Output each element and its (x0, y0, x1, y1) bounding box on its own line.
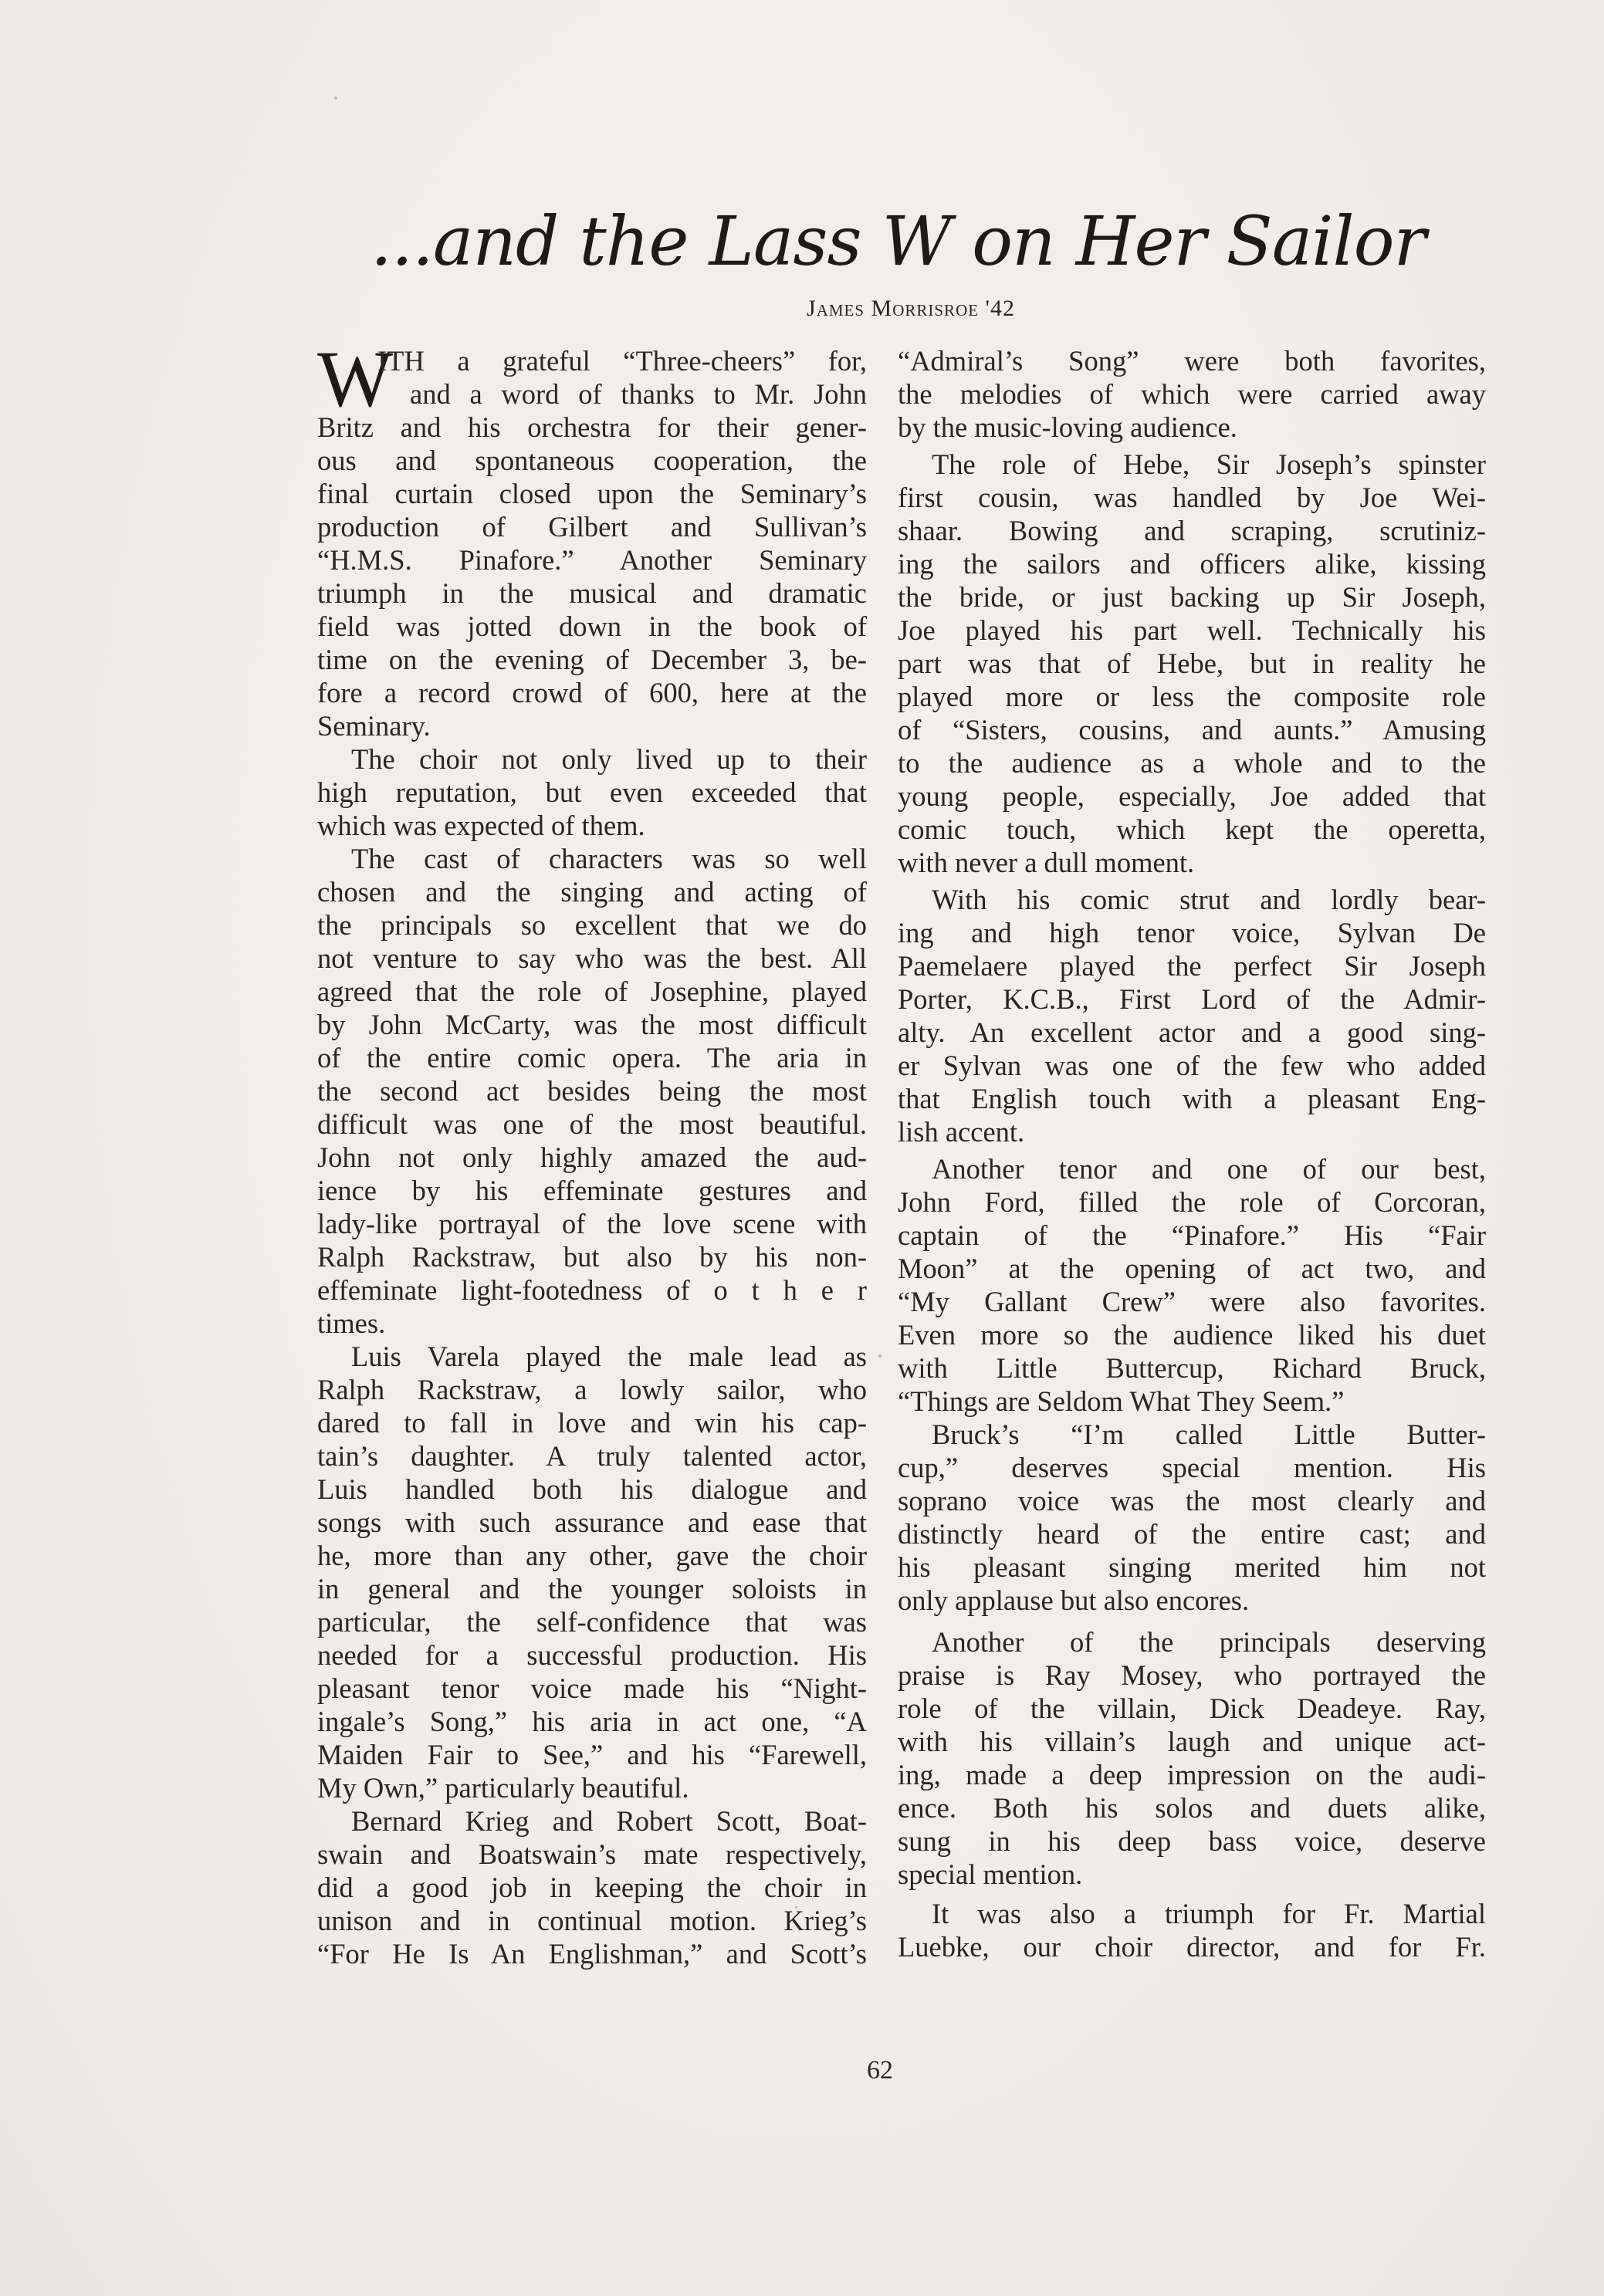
text-line: dared to fall in love and win his cap- (317, 1406, 867, 1439)
text-line: Luis handled both his dialogue and (317, 1473, 867, 1506)
text-line: ingale’s Song,” his aria in act one, “A (317, 1705, 867, 1738)
text-line: It was also a triumph for Fr. Martial (898, 1897, 1486, 1930)
text-line: ITH a grateful “Three-cheers” for, (317, 344, 867, 377)
text-line: lady-like portrayal of the love scene wi… (317, 1207, 867, 1240)
text-line: special mention. (898, 1858, 1486, 1891)
text-line: Porter, K.C.B., First Lord of the Admir- (898, 982, 1486, 1016)
text-line: ing, made a deep impression on the audi- (898, 1758, 1486, 1791)
text-line: The cast of characters was so well (317, 842, 867, 875)
paper-speck (878, 1354, 882, 1358)
text-line: er Sylvan was one of the few who added (898, 1049, 1486, 1082)
text-line: unison and in continual motion. Krieg’s (317, 1904, 867, 1937)
text-line: ous and spontaneous cooperation, the (317, 444, 867, 477)
paper-speck (334, 96, 337, 100)
text-line: with his villain’s laugh and unique act- (898, 1725, 1486, 1758)
text-line: triumph in the musical and dramatic (317, 577, 867, 610)
text-line: Luis Varela played the male lead as (317, 1340, 867, 1373)
text-line: praise is Ray Mosey, who portrayed the (898, 1659, 1486, 1692)
text-line: captain of the “Pinafore.” His “Fair (898, 1219, 1486, 1252)
text-line: which was expected of them. (317, 809, 867, 842)
text-line: “For He Is An Englishman,” and Scott’s (317, 1937, 867, 1970)
text-line: particular, the self-confidence that was (317, 1605, 867, 1638)
text-line: comic touch, which kept the operetta, (898, 813, 1486, 846)
text-line: of the entire comic opera. The aria in (317, 1041, 867, 1074)
text-line: Seminary. (317, 709, 867, 742)
text-line: “My Gallant Crew” were also favorites. (898, 1285, 1486, 1318)
text-line: only applause but also encores. (898, 1584, 1486, 1617)
text-line: played more or less the composite role (898, 680, 1486, 713)
scanned-page: ...and the Lass W on Her Sailor James Mo… (0, 0, 1604, 2296)
text-line: sung in his deep bass voice, deserve (898, 1824, 1486, 1858)
text-line: the bride, or just backing up Sir Joseph… (898, 580, 1486, 614)
text-line: The choir not only lived up to their (317, 742, 867, 776)
text-line: in general and the younger soloists in (317, 1572, 867, 1605)
text-line: alty. An excellent actor and a good sing… (898, 1016, 1486, 1049)
text-line: “Admiral’s Song” were both favorites, (898, 344, 1486, 377)
text-line: Even more so the audience liked his duet (898, 1318, 1486, 1351)
text-line: not venture to say who was the best. All (317, 942, 867, 975)
text-line: fore a record crowd of 600, here at the (317, 676, 867, 709)
text-line: effeminate light-footedness of o t h e r (317, 1273, 867, 1307)
text-line: songs with such assurance and ease that (317, 1506, 867, 1539)
text-line: chosen and the singing and acting of (317, 875, 867, 908)
text-line: that English touch with a pleasant Eng- (898, 1082, 1486, 1115)
text-line: tain’s daughter. A truly talented actor, (317, 1439, 867, 1473)
text-line: production of Gilbert and Sullivan’s (317, 510, 867, 543)
left-column: W ITH a grateful “Three-cheers” for, and… (317, 0, 867, 2296)
text-line: needed for a successful production. His (317, 1638, 867, 1672)
text-line: shaar. Bowing and scraping, scrutiniz- (898, 514, 1486, 547)
text-line: Ralph Rackstraw, but also by his non- (317, 1240, 867, 1273)
text-line: young people, especially, Joe added that (898, 779, 1486, 813)
text-line: Another tenor and one of our best, (898, 1152, 1486, 1185)
paper-speck (795, 1906, 797, 1909)
text-line: Moon” at the opening of act two, and (898, 1252, 1486, 1285)
text-line: cup,” deserves special mention. His (898, 1451, 1486, 1484)
text-line: Maiden Fair to See,” and his “Farewell, (317, 1738, 867, 1771)
text-line: Bernard Krieg and Robert Scott, Boat- (317, 1804, 867, 1838)
text-line: times. (317, 1307, 867, 1340)
text-line: swain and Boatswain’s mate respectively, (317, 1838, 867, 1871)
text-line: field was jotted down in the book of (317, 610, 867, 643)
text-line: ence. Both his solos and duets alike, (898, 1791, 1486, 1824)
text-line: “H.M.S. Pinafore.” Another Seminary (317, 543, 867, 577)
text-line: John not only highly amazed the aud- (317, 1141, 867, 1174)
text-line: the melodies of which were carried away (898, 377, 1486, 411)
text-line: and a word of thanks to Mr. John (317, 377, 867, 411)
text-line: the second act besides being the most (317, 1074, 867, 1107)
text-line: he, more than any other, gave the choir (317, 1539, 867, 1572)
text-line: Paemelaere played the perfect Sir Joseph (898, 949, 1486, 982)
text-line: The role of Hebe, Sir Joseph’s spinster (898, 448, 1486, 481)
text-line: My Own,” particularly beautiful. (317, 1771, 867, 1804)
text-line: first cousin, was handled by Joe Wei- (898, 481, 1486, 514)
text-line: time on the evening of December 3, be- (317, 643, 867, 676)
text-line: part was that of Hebe, but in reality he (898, 647, 1486, 680)
text-line: “Things are Seldom What They Seem.” (898, 1385, 1486, 1418)
text-line: distinctly heard of the entire cast; and (898, 1517, 1486, 1550)
text-line: Joe played his part well. Technically hi… (898, 614, 1486, 647)
text-line: With his comic strut and lordly bear- (898, 883, 1486, 916)
text-line: Another of the principals deserving (898, 1625, 1486, 1659)
text-line: Britz and his orchestra for their gener- (317, 411, 867, 444)
text-line: role of the villain, Dick Deadeye. Ray, (898, 1692, 1486, 1725)
text-line: by John McCarty, was the most difficult (317, 1008, 867, 1041)
text-line: high reputation, but even exceeded that (317, 776, 867, 809)
text-line: final curtain closed upon the Seminary’s (317, 477, 867, 510)
page-number: 62 (841, 2055, 919, 2086)
text-line: with Little Buttercup, Richard Bruck, (898, 1351, 1486, 1385)
text-line: Ralph Rackstraw, a lowly sailor, who (317, 1373, 867, 1406)
text-line: by the music-loving audience. (898, 411, 1486, 444)
right-column: “Admiral’s Song” were both favorites, th… (898, 0, 1486, 2296)
text-line: John Ford, filled the role of Corcoran, (898, 1185, 1486, 1219)
text-line: ing and high tenor voice, Sylvan De (898, 916, 1486, 949)
text-line: of “Sisters, cousins, and aunts.” Amusin… (898, 713, 1486, 746)
text-line: ience by his effeminate gestures and (317, 1174, 867, 1207)
text-line: did a good job in keeping the choir in (317, 1871, 867, 1904)
text-line: soprano voice was the most clearly and (898, 1484, 1486, 1517)
text-line: to the audience as a whole and to the (898, 746, 1486, 779)
text-line: pleasant tenor voice made his “Night- (317, 1672, 867, 1705)
text-line: Luebke, our choir director, and for Fr. (898, 1930, 1486, 1963)
text-line: the principals so excellent that we do (317, 908, 867, 942)
text-line: lish accent. (898, 1115, 1486, 1148)
text-line: his pleasant singing merited him not (898, 1550, 1486, 1584)
text-line: ing the sailors and officers alike, kiss… (898, 547, 1486, 580)
text-line: difficult was one of the most beautiful. (317, 1107, 867, 1141)
text-line: agreed that the role of Josephine, playe… (317, 975, 867, 1008)
text-line: with never a dull moment. (898, 846, 1486, 879)
text-line: Bruck’s “I’m called Little Butter- (898, 1418, 1486, 1451)
